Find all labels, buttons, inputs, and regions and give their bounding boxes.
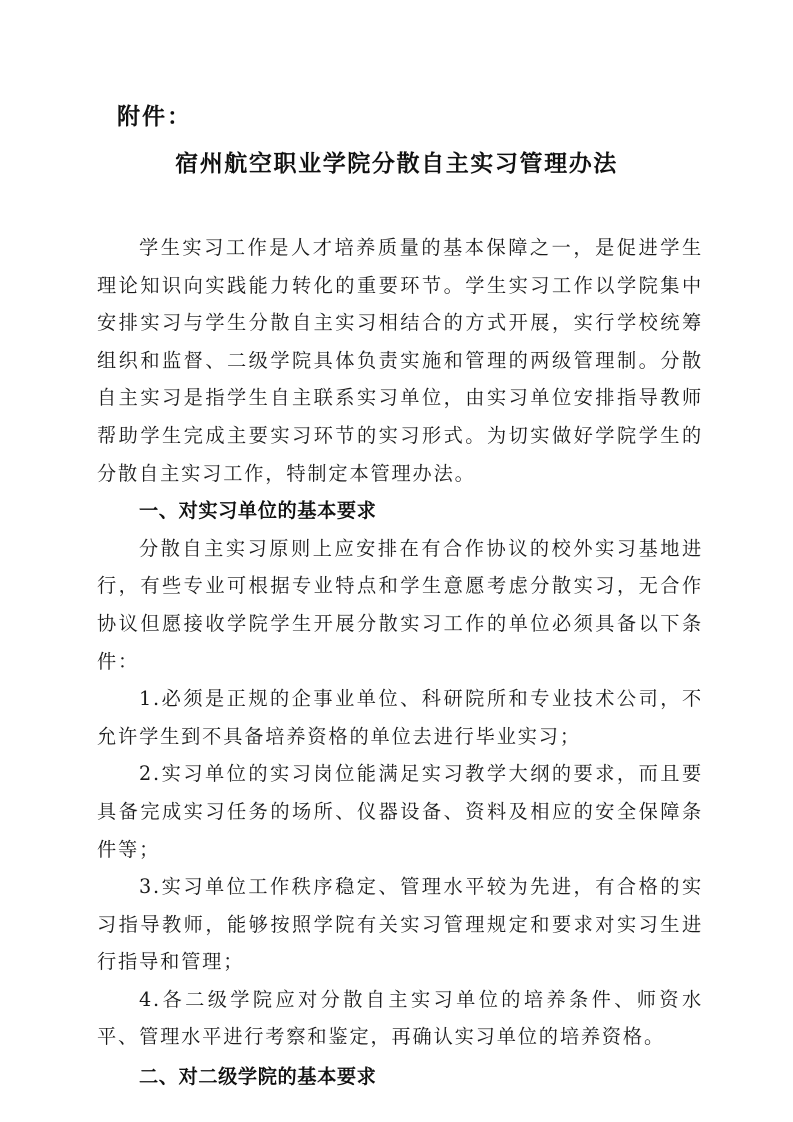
intro-paragraph: 学生实习工作是人才培养质量的基本保障之一，是促进学生理论知识向实践能力转化的重要… xyxy=(97,229,703,492)
document-title: 宿州航空职业学院分散自主实习管理办法 xyxy=(0,145,793,178)
section-1-paragraph: 分散自主实习原则上应安排在有合作协议的校外实习基地进行，有些专业可根据专业特点和… xyxy=(97,530,703,680)
document-body: 学生实习工作是人才培养质量的基本保障之一，是促进学生理论知识向实践能力转化的重要… xyxy=(97,229,703,1096)
section-heading-2: 二、对二级学院的基本要求 xyxy=(97,1058,703,1096)
document-page: 附件： 宿州航空职业学院分散自主实习管理办法 学生实习工作是人才培养质量的基本保… xyxy=(0,0,793,1122)
requirement-item-3: 3.实习单位工作秩序稳定、管理水平较为先进，有合格的实习指导教师，能够按照学院有… xyxy=(97,868,703,981)
requirement-item-4: 4.各二级学院应对分散自主实习单位的培养条件、师资水平、管理水平进行考察和鉴定，… xyxy=(97,981,703,1056)
requirement-item-1: 1.必须是正规的企事业单位、科研院所和专业技术公司，不允许学生到不具备培养资格的… xyxy=(97,680,703,755)
requirement-item-2: 2.实习单位的实习岗位能满足实习教学大纲的要求，而且要具备完成实习任务的场所、仪… xyxy=(97,755,703,868)
attachment-label: 附件： xyxy=(117,98,192,131)
section-heading-1: 一、对实习单位的基本要求 xyxy=(97,492,703,530)
